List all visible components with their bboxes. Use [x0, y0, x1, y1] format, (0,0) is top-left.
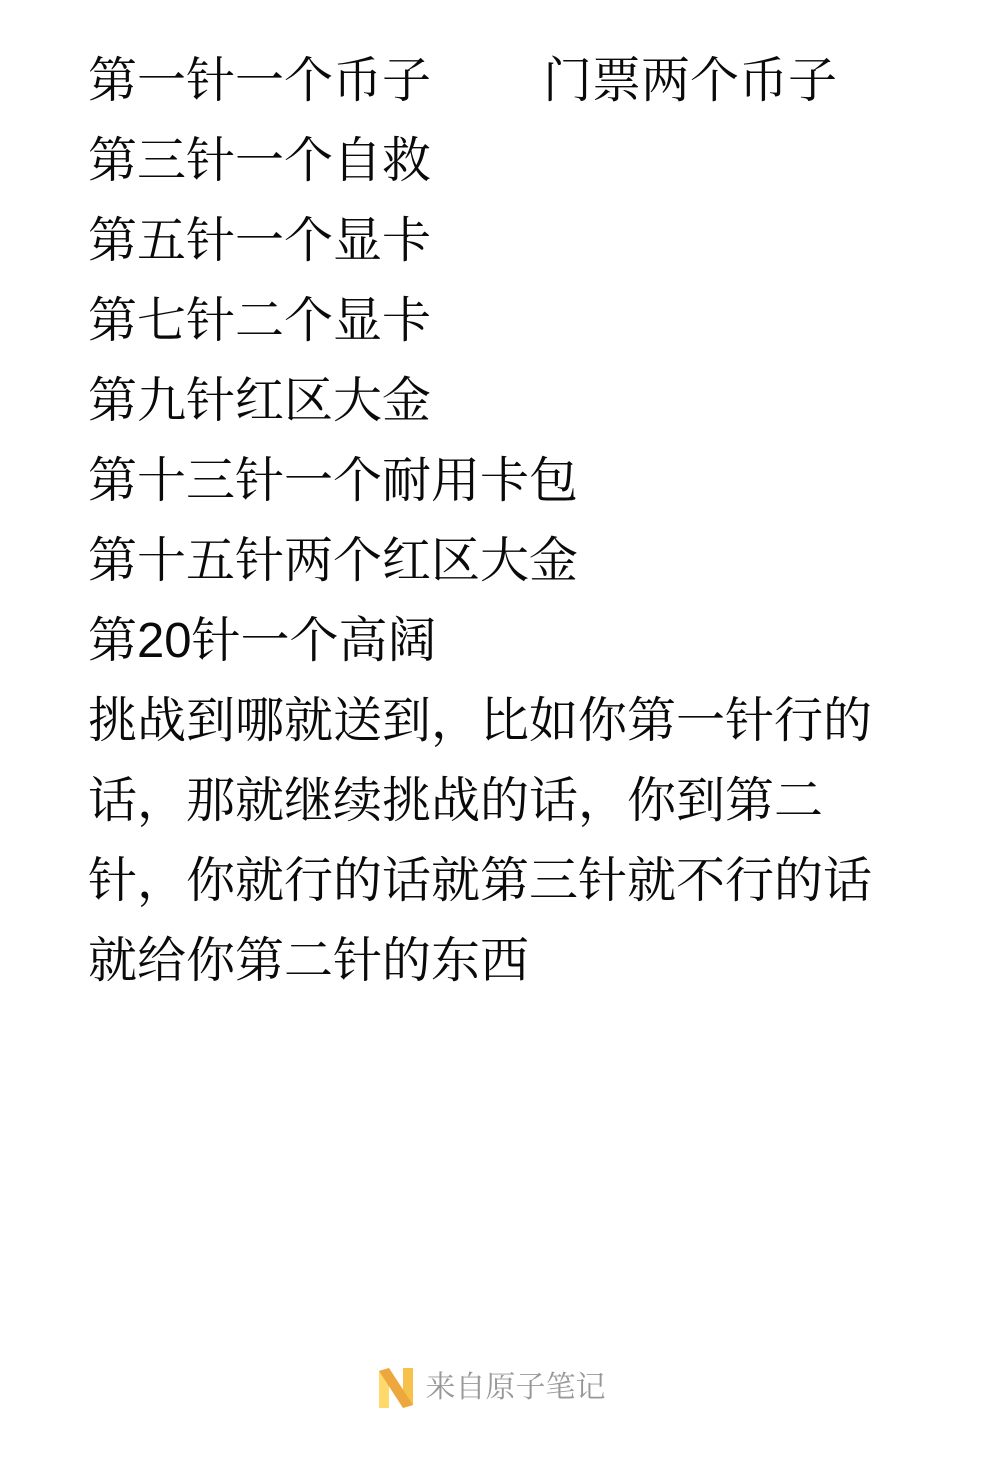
- note-line: 话，那就继续挑战的话，你到第二: [88, 761, 948, 841]
- note-line: 针，你就行的话就第三针就不行的话: [88, 841, 948, 921]
- note-text: 第三针一个自救: [88, 134, 431, 188]
- note-text: 针，你就行的话就第三针就不行的话: [88, 854, 872, 908]
- note-text: 第十五针两个红区大金: [88, 534, 578, 588]
- note-line: 就给你第二针的东西: [88, 921, 948, 1001]
- note-line: 第五针一个显卡: [88, 201, 948, 281]
- watermark-label: 来自原子笔记: [426, 1373, 606, 1403]
- note-line: 第十三针一个耐用卡包: [88, 441, 948, 521]
- note-line: 第七针二个显卡: [88, 281, 948, 361]
- atomic-notes-logo-icon: [379, 1368, 413, 1408]
- note-text: 第七针二个显卡: [88, 294, 431, 348]
- note-text: 第九针红区大金: [88, 374, 431, 428]
- note-line: 第三针一个自救: [88, 121, 948, 201]
- note-text: 挑战到哪就送到，比如你第一针行的: [88, 694, 872, 748]
- note-line: 挑战到哪就送到，比如你第一针行的: [88, 681, 948, 761]
- note-line: 第一针一个币子门票两个币子: [88, 41, 948, 121]
- note-line: 第十五针两个红区大金: [88, 521, 948, 601]
- note-text: 第十三针一个耐用卡包: [88, 454, 578, 508]
- note-text: 门票两个币子: [543, 54, 837, 108]
- note-body: 第一针一个币子门票两个币子 第三针一个自救 第五针一个显卡 第七针二个显卡 第九…: [88, 41, 948, 1001]
- watermark-footer: 来自原子笔记: [0, 1366, 984, 1410]
- note-line: 第20针一个高阔: [88, 601, 948, 681]
- note-line: 第九针红区大金: [88, 361, 948, 441]
- note-text: 第五针一个显卡: [88, 214, 431, 268]
- note-text: 话，那就继续挑战的话，你到第二: [88, 774, 823, 828]
- note-text: 就给你第二针的东西: [88, 934, 529, 988]
- note-text: 第一针一个币子: [88, 54, 431, 108]
- note-text: 第20针一个高阔: [88, 614, 437, 668]
